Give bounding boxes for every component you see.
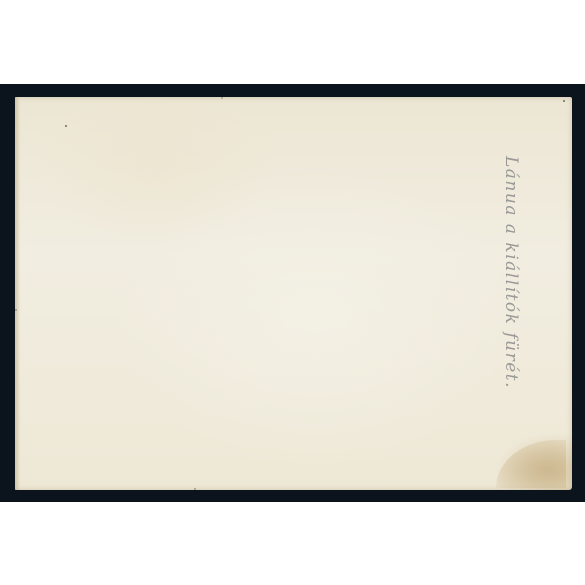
paper-speck xyxy=(15,309,17,311)
corner-stain xyxy=(496,440,566,488)
paper-speck xyxy=(65,125,67,127)
handwritten-pencil-note: Lánua a kiállítók fürét. xyxy=(493,156,521,392)
scan-stage: Lánua a kiállítók fürét. xyxy=(0,0,585,585)
paper-speck xyxy=(194,488,196,490)
paper-speck xyxy=(563,100,565,102)
paper-speck xyxy=(221,97,223,99)
photo-back-paper xyxy=(15,97,572,490)
